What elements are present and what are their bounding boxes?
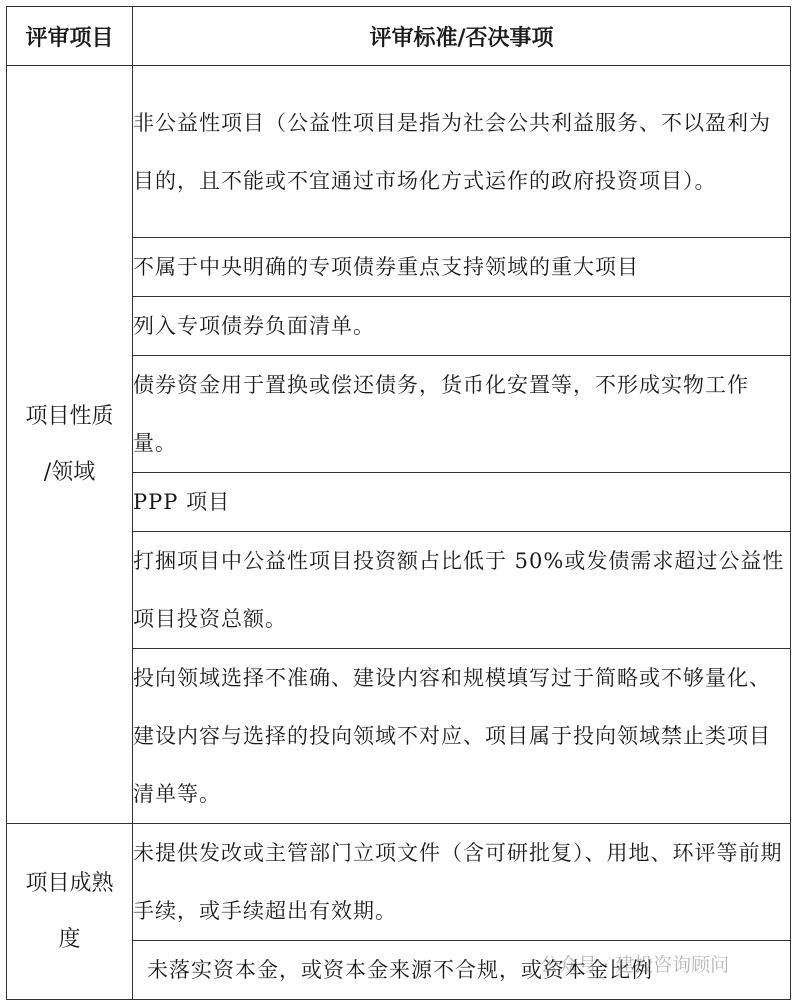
criterion-cell: 未提供发改或主管部门立项文件（含可研批复）、用地、环评等前期手续，或手续超出有效… (133, 824, 791, 941)
criterion-cell: 不属于中央明确的专项债券重点支持领域的重大项目 (133, 238, 791, 297)
criterion-text: 不属于中央明确的专项债券重点支持领域的重大项目 (133, 238, 790, 296)
criterion-text: 未提供发改或主管部门立项文件（含可研批复）、用地、环评等前期手续，或手续超出有效… (133, 824, 790, 940)
table-row: 项目成熟 度 未提供发改或主管部门立项文件（含可研批复）、用地、环评等前期手续，… (7, 824, 791, 941)
criterion-cell: 投向领域选择不准确、建设内容和规模填写过于简略或不够量化、建设内容与选择的投向领… (133, 649, 791, 824)
criterion-cell: 非公益性项目（公益性项目是指为社会公共利益服务、不以盈利为目的，且不能或不宜通过… (133, 66, 791, 238)
criterion-cell: 未落实资本金，或资本金来源不合规，或资本金比例 (133, 941, 791, 1000)
category-label-line: /领域 (44, 460, 95, 485)
category-project-nature: 项目性质 /领域 (7, 66, 133, 824)
criterion-text: 投向领域选择不准确、建设内容和规模填写过于简略或不够量化、建设内容与选择的投向领… (133, 649, 790, 823)
criterion-cell: 债券资金用于置换或偿还债务，货币化安置等，不形成实物工作量。 (133, 356, 791, 473)
criterion-text: 未落实资本金，或资本金来源不合规，或资本金比例 (147, 941, 790, 999)
criterion-text: 债券资金用于置换或偿还债务，货币化安置等，不形成实物工作量。 (133, 356, 790, 472)
criterion-text: PPP 项目 (133, 473, 790, 531)
table-row: 项目性质 /领域 非公益性项目（公益性项目是指为社会公共利益服务、不以盈利为目的… (7, 66, 791, 238)
criterion-cell: 列入专项债券负面清单。 (133, 297, 791, 356)
header-review-criteria: 评审标准/否决事项 (133, 7, 791, 66)
category-label-line: 项目性质 (25, 404, 113, 429)
category-label-line: 项目成熟 (25, 871, 113, 896)
criterion-text: 非公益性项目（公益性项目是指为社会公共利益服务、不以盈利为目的，且不能或不宜通过… (133, 94, 790, 210)
category-project-maturity: 项目成熟 度 (7, 824, 133, 1000)
category-label-line: 度 (58, 927, 80, 952)
review-criteria-table: 评审项目 评审标准/否决事项 项目性质 /领域 非公益性项目（公益性项目是指为社… (6, 6, 791, 1000)
criterion-cell: PPP 项目 (133, 473, 791, 532)
header-review-item: 评审项目 (7, 7, 133, 66)
criterion-cell: 打捆项目中公益性项目投资额占比低于 50%或发债需求超过公益性项目投资总额。 (133, 532, 791, 649)
criterion-text: 打捆项目中公益性项目投资额占比低于 50%或发债需求超过公益性项目投资总额。 (133, 532, 790, 648)
criterion-text: 列入专项债券负面清单。 (133, 297, 790, 355)
table-header-row: 评审项目 评审标准/否决事项 (7, 7, 791, 66)
